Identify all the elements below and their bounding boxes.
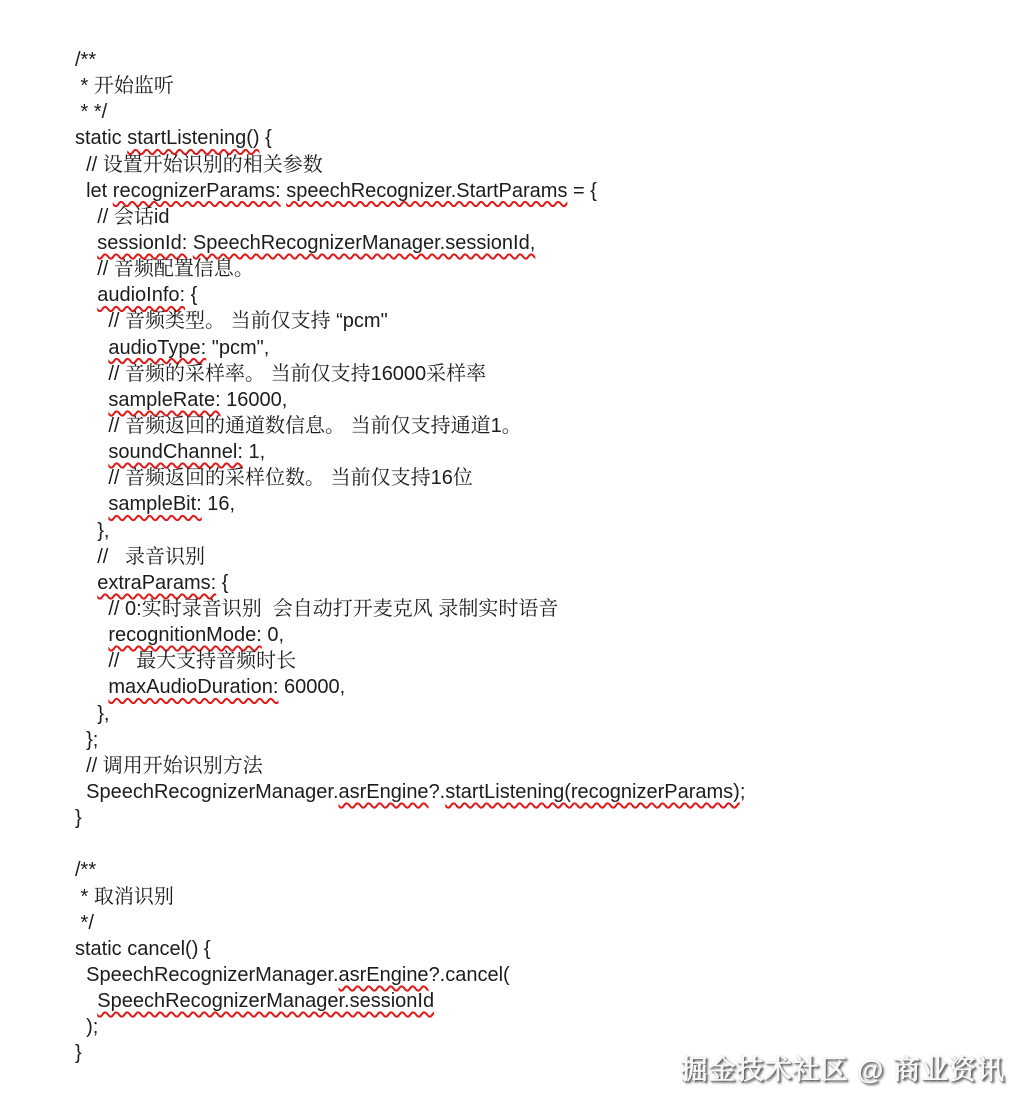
code-text: 16, xyxy=(202,493,235,515)
code-line: } xyxy=(75,805,1022,831)
spellcheck-underlined-token: startListening() xyxy=(127,127,259,149)
code-line: static cancel() { xyxy=(75,936,1022,962)
code-line: */ xyxy=(75,910,1022,936)
code-line: * 开始监听 xyxy=(75,73,1022,99)
code-line: maxAudioDuration: 60000, xyxy=(75,674,1022,700)
spellcheck-underlined-token: sampleBit: xyxy=(108,493,201,515)
code-line: // 音频返回的采样位数。 当前仅支持16位 xyxy=(75,465,1022,491)
code-text: { xyxy=(216,572,228,594)
code-line: audioInfo: { xyxy=(75,282,1022,308)
code-block: /** * 开始监听 * */static startListening() {… xyxy=(75,47,1022,1066)
code-text: "pcm", xyxy=(206,337,269,359)
code-text: static cancel() { xyxy=(75,938,211,960)
code-text: }, xyxy=(75,703,109,725)
code-line: SpeechRecognizerManager.sessionId xyxy=(75,988,1022,1014)
spellcheck-underlined-token: asrEngine xyxy=(339,781,429,803)
spellcheck-underlined-token: soundChannel: xyxy=(108,441,243,463)
code-line: sampleBit: 16, xyxy=(75,491,1022,517)
spellcheck-underlined-token: sessionId: xyxy=(97,232,187,254)
code-line xyxy=(75,831,1022,857)
code-text: = { xyxy=(567,180,596,202)
code-line: // 调用开始识别方法 xyxy=(75,753,1022,779)
code-text: }; xyxy=(75,729,98,751)
code-line: // 录音识别 xyxy=(75,544,1022,570)
code-line: recognitionMode: 0, xyxy=(75,622,1022,648)
code-line: }, xyxy=(75,518,1022,544)
code-text: } xyxy=(75,1042,82,1064)
code-text xyxy=(75,572,97,594)
code-text: // 音频的采样率。 当前仅支持16000采样率 xyxy=(75,363,486,385)
code-line: // 最大支持音频时长 xyxy=(75,648,1022,674)
code-text: let xyxy=(75,180,113,202)
spellcheck-underlined-token: audioType: xyxy=(108,337,206,359)
spellcheck-underlined-token: SpeechRecognizerManager.sessionId xyxy=(97,990,434,1012)
code-text xyxy=(75,676,108,698)
code-text xyxy=(75,389,108,411)
code-line: // 设置开始识别的相关参数 xyxy=(75,152,1022,178)
code-text: // 会话id xyxy=(75,206,169,228)
code-line: }, xyxy=(75,701,1022,727)
code-text: // 录音识别 xyxy=(75,546,205,568)
spellcheck-underlined-token: SpeechRecognizerManager.sessionId, xyxy=(193,232,535,254)
code-text: 16000, xyxy=(221,389,288,411)
code-text xyxy=(75,337,108,359)
code-line: soundChannel: 1, xyxy=(75,439,1022,465)
code-text xyxy=(75,990,97,1012)
code-text: // 设置开始识别的相关参数 xyxy=(75,154,323,176)
code-text xyxy=(75,441,108,463)
code-line: SpeechRecognizerManager.asrEngine?.start… xyxy=(75,779,1022,805)
code-line: extraParams: { xyxy=(75,570,1022,596)
code-text: ?.cancel( xyxy=(429,964,510,986)
code-line: // 音频配置信息。 xyxy=(75,256,1022,282)
code-line: // 音频类型。 当前仅支持 “pcm" xyxy=(75,308,1022,334)
code-text: 60000, xyxy=(278,676,345,698)
code-text: ?. xyxy=(429,781,446,803)
spellcheck-underlined-token: asrEngine xyxy=(339,964,429,986)
code-text: // 音频类型。 当前仅支持 “pcm" xyxy=(75,310,388,332)
code-line: sampleRate: 16000, xyxy=(75,387,1022,413)
spellcheck-underlined-token: recognizerParams: xyxy=(113,180,281,202)
code-line: audioType: "pcm", xyxy=(75,335,1022,361)
code-text: * 开始监听 xyxy=(75,75,174,97)
code-text: */ xyxy=(75,912,94,934)
code-text: /** xyxy=(75,859,96,881)
code-line: }; xyxy=(75,727,1022,753)
code-line: sessionId: SpeechRecognizerManager.sessi… xyxy=(75,230,1022,256)
code-text xyxy=(75,284,97,306)
spellcheck-underlined-token: maxAudioDuration: xyxy=(108,676,278,698)
code-line: /** xyxy=(75,47,1022,73)
code-text: 0, xyxy=(262,624,284,646)
code-text: // 音频返回的采样位数。 当前仅支持16位 xyxy=(75,467,473,489)
spellcheck-underlined-token: startListening(recognizerParams) xyxy=(445,781,740,803)
code-text: SpeechRecognizerManager. xyxy=(75,781,339,803)
code-line: let recognizerParams: speechRecognizer.S… xyxy=(75,178,1022,204)
code-text: * */ xyxy=(75,101,107,123)
code-text: /** xyxy=(75,49,96,71)
code-text: SpeechRecognizerManager. xyxy=(75,964,339,986)
code-text: ); xyxy=(75,1016,98,1038)
code-text xyxy=(75,624,108,646)
code-line: /** xyxy=(75,857,1022,883)
code-text: 1, xyxy=(243,441,265,463)
code-text: } xyxy=(75,807,82,829)
code-text: // 音频返回的通道数信息。 当前仅支持通道1。 xyxy=(75,415,522,437)
code-text: // 最大支持音频时长 xyxy=(75,650,296,672)
spellcheck-underlined-token: sampleRate: xyxy=(108,389,220,411)
code-text: { xyxy=(185,284,197,306)
spellcheck-underlined-token: recognitionMode: xyxy=(108,624,261,646)
code-text xyxy=(75,493,108,515)
spellcheck-underlined-token: audioInfo: xyxy=(97,284,185,306)
code-text: // 音频配置信息。 xyxy=(75,258,254,280)
code-text: static xyxy=(75,127,127,149)
code-line: ); xyxy=(75,1014,1022,1040)
watermark: 掘金技术社区 @ 商业资讯 xyxy=(681,1048,1005,1087)
code-text: { xyxy=(260,127,272,149)
code-text xyxy=(75,232,97,254)
code-line: static startListening() { xyxy=(75,125,1022,151)
code-line: // 0:实时录音识别 会自动打开麦克风 录制实时语音 xyxy=(75,596,1022,622)
code-text: }, xyxy=(75,520,109,542)
spellcheck-underlined-token: speechRecognizer.StartParams xyxy=(286,180,567,202)
code-line: * */ xyxy=(75,99,1022,125)
code-line: // 音频返回的通道数信息。 当前仅支持通道1。 xyxy=(75,413,1022,439)
code-text: ; xyxy=(740,781,746,803)
code-line: // 音频的采样率。 当前仅支持16000采样率 xyxy=(75,361,1022,387)
code-line: * 取消识别 xyxy=(75,884,1022,910)
code-line: // 会话id xyxy=(75,204,1022,230)
code-text: // 调用开始识别方法 xyxy=(75,755,263,777)
code-line: SpeechRecognizerManager.asrEngine?.cance… xyxy=(75,962,1022,988)
code-text: // 0:实时录音识别 会自动打开麦克风 录制实时语音 xyxy=(75,598,558,620)
code-text: * 取消识别 xyxy=(75,886,174,908)
spellcheck-underlined-token: extraParams: xyxy=(97,572,216,594)
